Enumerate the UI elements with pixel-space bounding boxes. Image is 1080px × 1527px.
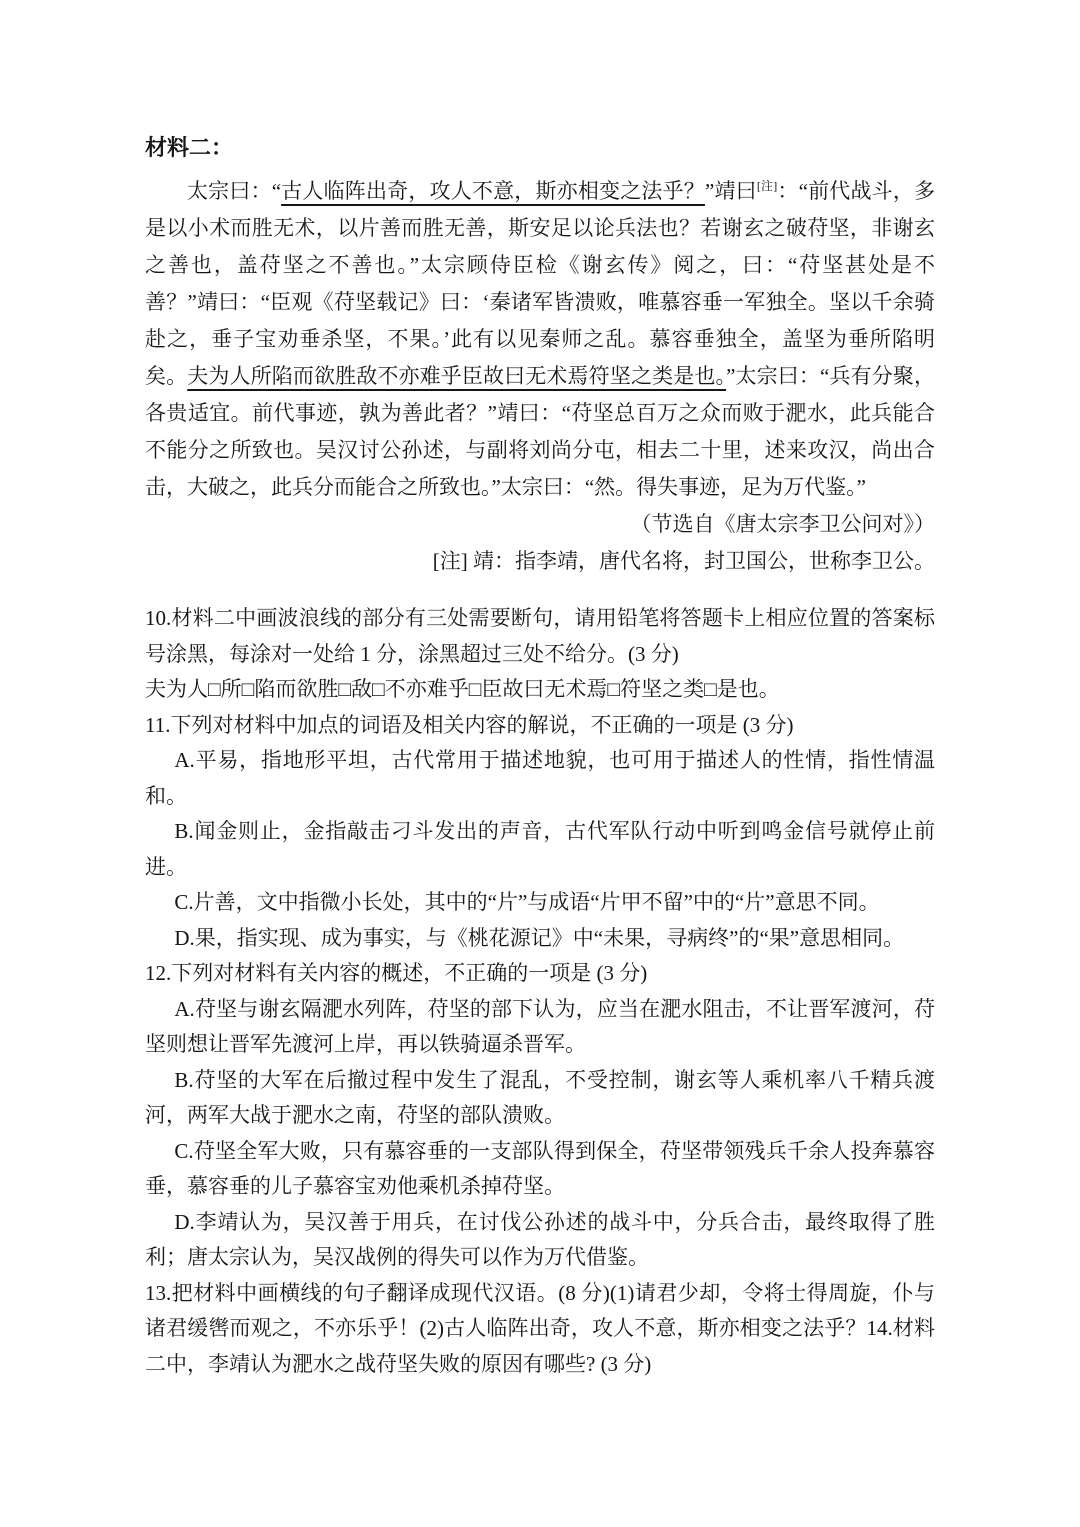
question-12-option-d: D.李靖认为，吴汉善于用兵，在讨伐公孙述的战斗中，分兵合击，最终取得了胜利；唐太…	[145, 1205, 935, 1276]
passage-text: 太宗曰：“	[187, 179, 281, 203]
question-10-number: 10.	[145, 606, 171, 630]
question-12-option-a: A.苻坚与谢玄隔淝水列阵，苻坚的部下认为，应当在淝水阻击，不让晋军渡河，苻坚则想…	[145, 992, 935, 1063]
question-13-14-stem: 13.把材料中画横线的句子翻译成现代汉语。(8 分)(1)请君少却，令将士得周旋…	[145, 1276, 935, 1383]
passage-text: ”靖曰	[705, 179, 757, 203]
note-ref-superscript: [注]	[757, 179, 777, 193]
question-14-number: 14.	[867, 1316, 893, 1340]
question-10-text: 材料二中画波浪线的部分有三处需要断句，请用铅笔将答题卡上相应位置的答案标号涂黑，…	[145, 606, 935, 666]
question-11-number: 11.	[145, 713, 170, 737]
questions-section: 10.材料二中画波浪线的部分有三处需要断句，请用铅笔将答题卡上相应位置的答案标号…	[145, 601, 935, 1382]
question-12-text: 下列对材料有关内容的概述，不正确的一项是 (3 分)	[171, 961, 647, 985]
question-11-option-d: D.果，指实现、成为事实，与《桃花源记》中“未果，寻病终”的“果”意思相同。	[145, 921, 935, 957]
exam-page: 材料二： 太宗曰：“古人临阵出奇，攻人不意，斯亦相变之法乎？”靖曰[注]：“前代…	[0, 0, 1080, 1527]
question-11-option-a: A.平易，指地形平坦，古代常用于描述地貌，也可用于描述人的性情，指性情温和。	[145, 743, 935, 814]
question-11-stem: 11.下列对材料中加点的词语及相关内容的解说，不正确的一项是 (3 分)	[145, 708, 935, 744]
question-12-option-b: B.苻坚的大军在后撤过程中发生了混乱，不受控制，谢玄等人乘机率八千精兵渡河，两军…	[145, 1063, 935, 1134]
question-10-stem: 10.材料二中画波浪线的部分有三处需要断句，请用铅笔将答题卡上相应位置的答案标号…	[145, 601, 935, 672]
question-12-number: 12.	[145, 961, 171, 985]
underlined-sentence: 夫为人所陷而欲胜敌不亦难乎臣故曰无术焉符坚之类是也。	[187, 364, 726, 388]
passage-paragraph: 太宗曰：“古人临阵出奇，攻人不意，斯亦相变之法乎？”靖曰[注]：“前代战斗，多是…	[145, 173, 935, 506]
question-13-text: 把材料中画横线的句子翻译成现代汉语。(8 分)(1)请君少却，令将士得周旋，仆与…	[145, 1281, 935, 1341]
question-10-duanju-sentence: 夫为人□所□陷而欲胜□敌□不亦难乎□臣故曰无术焉□符坚之类□是也。	[145, 672, 935, 708]
passage-text: ：“前代战斗，多是以小术而胜无术，以片善而胜无善，斯安足以论兵法也？若谢玄之破苻…	[145, 179, 935, 388]
material-two-heading: 材料二：	[145, 133, 935, 163]
passage-source: （节选自《唐太宗李卫公问对》）	[145, 506, 935, 543]
question-11-option-b: B.闻金则止，金指敲击刁斗发出的声音，古代军队行动中听到鸣金信号就停止前进。	[145, 814, 935, 885]
question-12-stem: 12.下列对材料有关内容的概述，不正确的一项是 (3 分)	[145, 956, 935, 992]
question-12-option-c: C.苻坚全军大败，只有慕容垂的一支部队得到保全，苻坚带领残兵千余人投奔慕容垂，慕…	[145, 1134, 935, 1205]
question-13-number: 13.	[145, 1281, 171, 1305]
question-11-option-c: C.片善，文中指微小长处，其中的“片”与成语“片甲不留”中的“片”意思不同。	[145, 885, 935, 921]
question-11-text: 下列对材料中加点的词语及相关内容的解说，不正确的一项是 (3 分)	[170, 713, 793, 737]
underlined-sentence: 古人临阵出奇，攻人不意，斯亦相变之法乎？	[281, 179, 705, 203]
passage-note: [注] 靖：指李靖，唐代名将，封卫国公，世称李卫公。	[145, 543, 935, 580]
